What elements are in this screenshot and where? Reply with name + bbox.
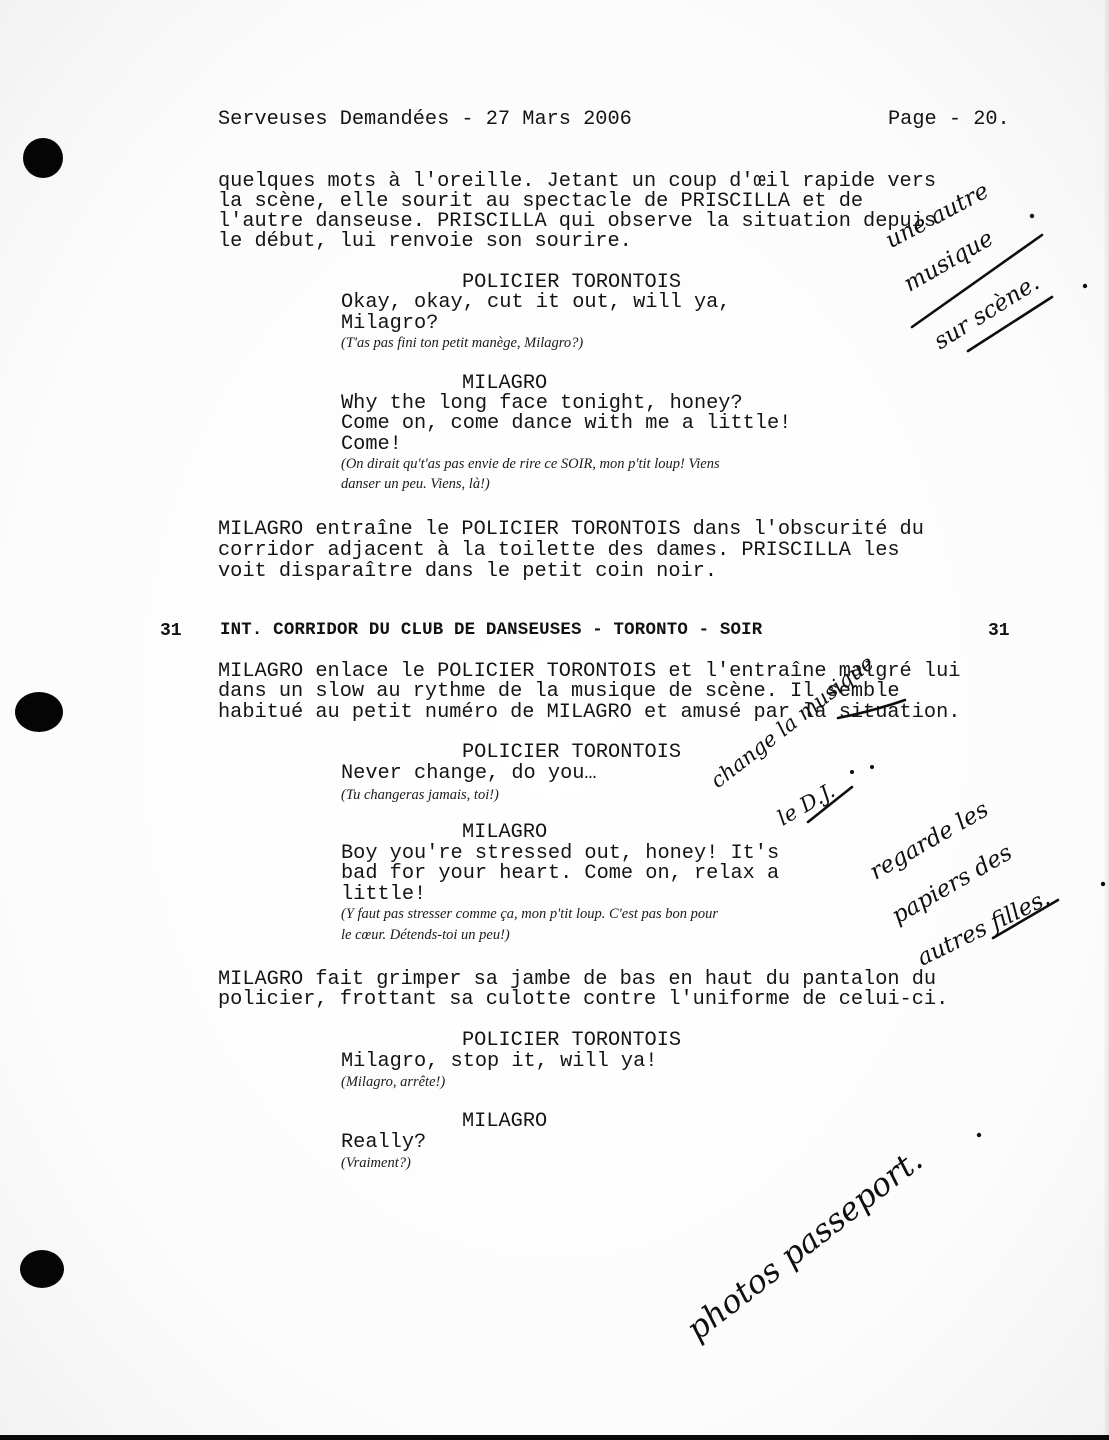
action-line: policier, frottant sa culotte contre l'u… xyxy=(218,990,948,1010)
character-cue: POLICIER TORONTOIS xyxy=(462,743,681,763)
note-line: le D.J. xyxy=(773,779,839,831)
translation-line: danser un peu. Viens, là!) xyxy=(341,474,490,494)
action-line: corridor adjacent à la toilette des dame… xyxy=(218,541,900,561)
dialogue-line: Come! xyxy=(341,435,402,455)
period-dot xyxy=(870,765,874,769)
action-line: MILAGRO entraîne le POLICIER TORONTOIS d… xyxy=(218,520,924,540)
character-cue: POLICIER TORONTOIS xyxy=(462,1031,681,1051)
period-dot xyxy=(977,1133,981,1137)
note-line: photos passeport. xyxy=(679,1141,930,1349)
dialogue-line: Milagro? xyxy=(341,314,438,334)
dialogue-line: Really? xyxy=(341,1133,426,1153)
dialogue-line: Milagro, stop it, will ya! xyxy=(341,1052,657,1072)
page-header-title: Serveuses Demandées - 27 Mars 2006 xyxy=(218,110,632,130)
scene-number-left: 31 xyxy=(160,621,182,641)
translation-line: (Y faut pas stresser comme ça, mon p'tit… xyxy=(341,904,718,924)
character-cue: MILAGRO xyxy=(462,823,547,843)
dialogue-line: little! xyxy=(341,885,426,905)
period-dot xyxy=(1083,284,1087,288)
dialogue-line: bad for your heart. Come on, relax a xyxy=(341,864,779,884)
page-number: Page - 20. xyxy=(888,110,1010,130)
handwritten-note-4: photos passeport. xyxy=(629,1118,948,1396)
hole-punch-top xyxy=(23,138,63,178)
action-line: le début, lui renvoie son sourire. xyxy=(218,232,632,252)
scan-edge-shadow xyxy=(1103,0,1109,1440)
dialogue-line: Come on, come dance with me a little! xyxy=(341,414,791,434)
translation-line: (Tu changeras jamais, toi!) xyxy=(341,785,499,805)
hole-punch-middle xyxy=(15,692,63,732)
translation-line: (Milagro, arrête!) xyxy=(341,1072,445,1092)
scan-bottom-border xyxy=(0,1435,1109,1440)
character-cue: MILAGRO xyxy=(462,1112,547,1132)
action-line: voit disparaître dans le petit coin noir… xyxy=(218,562,717,582)
scene-slugline: INT. CORRIDOR DU CLUB DE DANSEUSES - TOR… xyxy=(220,621,762,641)
script-page: Serveuses Demandées - 27 Mars 2006 Page … xyxy=(0,0,1109,1440)
hole-punch-bottom xyxy=(20,1250,64,1288)
translation-line: le cœur. Détends-toi un peu!) xyxy=(341,925,510,945)
dialogue-line: Okay, okay, cut it out, will ya, xyxy=(341,293,730,313)
period-dot xyxy=(850,770,854,774)
translation-line: (T'as pas fini ton petit manège, Milagro… xyxy=(341,333,583,353)
dialogue-line: Never change, do you… xyxy=(341,764,597,784)
translation-line: (On dirait qu't'as pas envie de rire ce … xyxy=(341,454,720,474)
period-dot xyxy=(1030,214,1034,218)
scene-number-right: 31 xyxy=(988,621,1010,641)
translation-line: (Vraiment?) xyxy=(341,1153,411,1173)
